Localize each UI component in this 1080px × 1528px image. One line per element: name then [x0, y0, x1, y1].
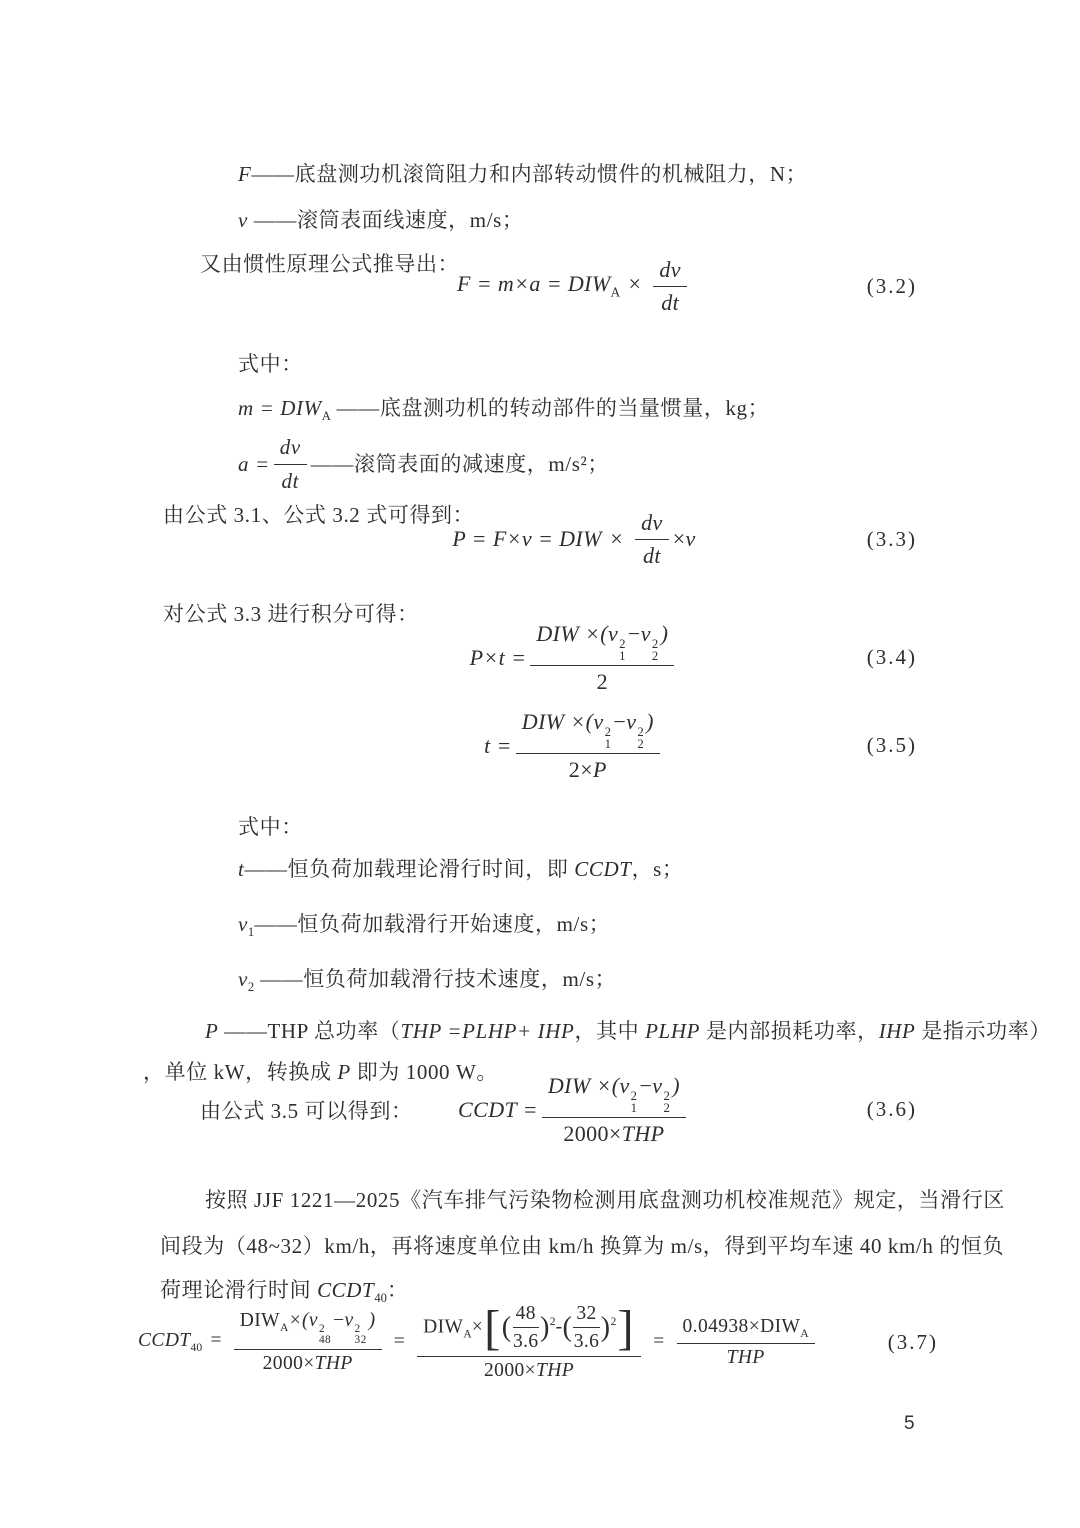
left-paren: (	[563, 1312, 573, 1343]
equation-label-3-4: (3.4)	[867, 645, 917, 670]
equation-3-6: CCDT = DIW ×(v21−v22) 2000×THP	[458, 1072, 690, 1147]
var-v2: v	[652, 1073, 662, 1098]
definition-line-v1: v1——恒负荷加载滑行开始速度，m/s；	[238, 911, 610, 941]
eq-lhs: CCDT =	[458, 1097, 538, 1123]
definition-text: ——恒负荷加载滑行技术速度，m/s；	[254, 967, 616, 991]
minus-operator: −	[639, 1073, 652, 1098]
equation-3-2: F = m×a = DIWA× dvdt	[457, 256, 691, 316]
definition-line-v2: v2 ——恒负荷加载滑行技术速度，m/s；	[238, 966, 616, 996]
v32-scripts: 232	[355, 1324, 367, 1345]
eq-lhs: P×t =	[470, 645, 527, 671]
equals-operator: =	[652, 1331, 666, 1353]
fraction-32-36: 323.6	[573, 1303, 599, 1353]
symbol-v1: v	[238, 912, 248, 936]
eq-lhs: P = F×v = DIW	[452, 526, 602, 551]
eq-lhs: F = m×a = DIW	[457, 271, 611, 296]
equation-label-3-2: (3.2)	[867, 274, 917, 299]
equation-label-3-5: (3.5)	[867, 733, 917, 758]
right-paren: )	[601, 1312, 611, 1343]
v1-scripts: 21	[605, 726, 612, 750]
symbol-m-DIW: m = DIW	[238, 396, 322, 420]
eq-lhs: t =	[484, 733, 512, 759]
where-clause-2: 式中：	[238, 814, 303, 841]
definition-text: ——底盘测功机的转动部件的当量惯量，kg；	[331, 396, 769, 420]
var-v2: v	[641, 621, 651, 646]
fraction-48-36: 483.6	[513, 1303, 539, 1353]
fraction-main: DIW ×(v21−v22) 2×P	[516, 708, 660, 783]
minus-operator: −	[613, 709, 626, 734]
var-CCDT: CCDT	[574, 857, 631, 881]
fraction-3: 0.04938×DIWA THP	[677, 1315, 815, 1369]
equation-label-3-6: (3.6)	[867, 1097, 917, 1122]
var-v48: v	[309, 1310, 318, 1331]
times-operator: ×	[609, 526, 624, 551]
definition-line-a: a =dvdt——滚筒表面的减速度，m/s²；	[238, 433, 609, 496]
definition-line-m: m = DIWA ——底盘测功机的转动部件的当量惯量，kg；	[238, 395, 769, 425]
subscript-A: A	[322, 409, 331, 423]
symbol-F: F	[238, 162, 251, 186]
var-v1: v	[620, 1073, 630, 1098]
v48-scripts: 248	[319, 1324, 331, 1345]
definition-text: ——底盘测功机滚筒阻力和内部转动惯件的机械阻力，N；	[251, 162, 807, 186]
formula-3-6: 由公式 3.5 可以得到： CCDT = DIW ×(v21−v22) 2000…	[163, 1072, 917, 1147]
fraction-2: DIWA×[(483.6)2-(323.6)2] 2000×THP	[417, 1302, 641, 1382]
equals-operator: =	[209, 1330, 223, 1351]
fraction-main: DIW ×(v21−v22) 2000×THP	[542, 1072, 686, 1147]
where-clause-1: 式中：	[238, 351, 303, 378]
definition-line-v: v ——滚筒表面线速度，m/s；	[238, 207, 524, 234]
var-IHP: IHP	[879, 1019, 916, 1043]
definition-text: ——恒负荷加载理论滑行时间，即	[244, 857, 574, 881]
definition-text: ——滚筒表面线速度，m/s；	[248, 208, 524, 232]
fraction-dv-dt: dvdt	[653, 256, 687, 316]
symbol-v: v	[238, 208, 248, 232]
subscript-A: A	[611, 285, 621, 300]
minus-operator: -	[556, 1316, 563, 1337]
right-bracket: ]	[617, 1301, 634, 1355]
var-v1: v	[593, 709, 603, 734]
definition-text: ——滚筒表面的减速度，m/s²；	[311, 451, 609, 478]
fraction-main: DIW ×(v21−v22) 2	[530, 620, 674, 695]
var-PLHP: PLHP	[645, 1019, 700, 1043]
definition-line-t: t——恒负荷加载理论滑行时间，即 CCDT，s；	[238, 856, 684, 883]
v1-scripts: 21	[619, 638, 626, 662]
var-v32: v	[344, 1310, 353, 1331]
symbol-v2: v	[238, 967, 248, 991]
document-page: F——底盘测功机滚筒阻力和内部转动惯件的机械阻力，N； v ——滚筒表面线速度，…	[0, 0, 1080, 1528]
symbol-P: P	[205, 1019, 218, 1043]
equals-operator: =	[393, 1331, 407, 1353]
left-bracket: [	[484, 1301, 501, 1355]
equation-label-3-7: (3.7)	[888, 1330, 938, 1355]
left-paren: (	[502, 1312, 512, 1343]
times-operator: ×	[673, 526, 686, 551]
v1-scripts: 21	[631, 1090, 638, 1114]
v2-scripts: 22	[637, 726, 644, 750]
paragraph-line-2: 间段为（48~32）km/h，再将速度单位由 km/h 换算为 m/s，得到平均…	[160, 1233, 1004, 1260]
v2-scripts: 22	[663, 1090, 670, 1114]
definition-line-P: P ——THP 总功率（THP =PLHP+ IHP，其中 PLHP 是内部损耗…	[205, 1018, 1051, 1045]
minus-operator: −	[628, 621, 641, 646]
equation-3-4: P×t = DIW ×(v21−v22) 2	[470, 620, 679, 695]
definition-text: ——恒负荷加载滑行开始速度，m/s；	[254, 912, 610, 936]
var-THP-PLHP-IHP: THP =PLHP+ IHP	[400, 1019, 574, 1043]
v2-scripts: 22	[652, 638, 659, 662]
symbol-a: a =	[238, 451, 270, 478]
paragraph-line-1: 按照 JJF 1221—2025《汽车排气污染物检测用底盘测功机校准规范》规定，…	[205, 1187, 1005, 1214]
var-CCDT40: CCDT	[317, 1278, 374, 1302]
equation-3-7: CCDT40= DIWA×(v248−v232) 2000×THP = DIWA…	[138, 1302, 819, 1382]
equation-3-3: P = F×v = DIW× dvdt ×v	[452, 509, 695, 569]
definition-line-F: F——底盘测功机滚筒阻力和内部转动惯件的机械阻力，N；	[238, 161, 807, 188]
equation-label-3-3: (3.3)	[867, 527, 917, 552]
symbol-v: v	[686, 526, 696, 551]
var-v2: v	[626, 709, 636, 734]
formula-3-3: P = F×v = DIW× dvdt ×v (3.3)	[163, 509, 917, 569]
minus-operator: −	[333, 1310, 344, 1331]
page-number: 5	[904, 1413, 915, 1435]
formula-3-4: P×t = DIW ×(v21−v22) 2 (3.4)	[163, 620, 917, 695]
times-operator: ×	[627, 271, 642, 296]
var-v1: v	[608, 621, 618, 646]
equation-3-5: t = DIW ×(v21−v22) 2×P	[484, 708, 664, 783]
right-paren: )	[540, 1312, 550, 1343]
fraction-dv-dt: dvdt	[635, 509, 669, 569]
definition-text: ，s；	[632, 857, 684, 881]
fraction-dv-dt: dvdt	[274, 433, 307, 496]
lead-in-3-6: 由公式 3.5 可以得到：	[200, 1095, 413, 1125]
fraction-1: DIWA×(v248−v232) 2000×THP	[234, 1309, 382, 1375]
formula-3-2: F = m×a = DIWA× dvdt (3.2)	[163, 256, 917, 316]
formula-3-5: t = DIW ×(v21−v22) 2×P (3.5)	[163, 708, 917, 783]
var-CCDT40: CCDT	[138, 1330, 191, 1351]
formula-3-7: CCDT40= DIWA×(v248−v232) 2000×THP = DIWA…	[138, 1302, 938, 1382]
